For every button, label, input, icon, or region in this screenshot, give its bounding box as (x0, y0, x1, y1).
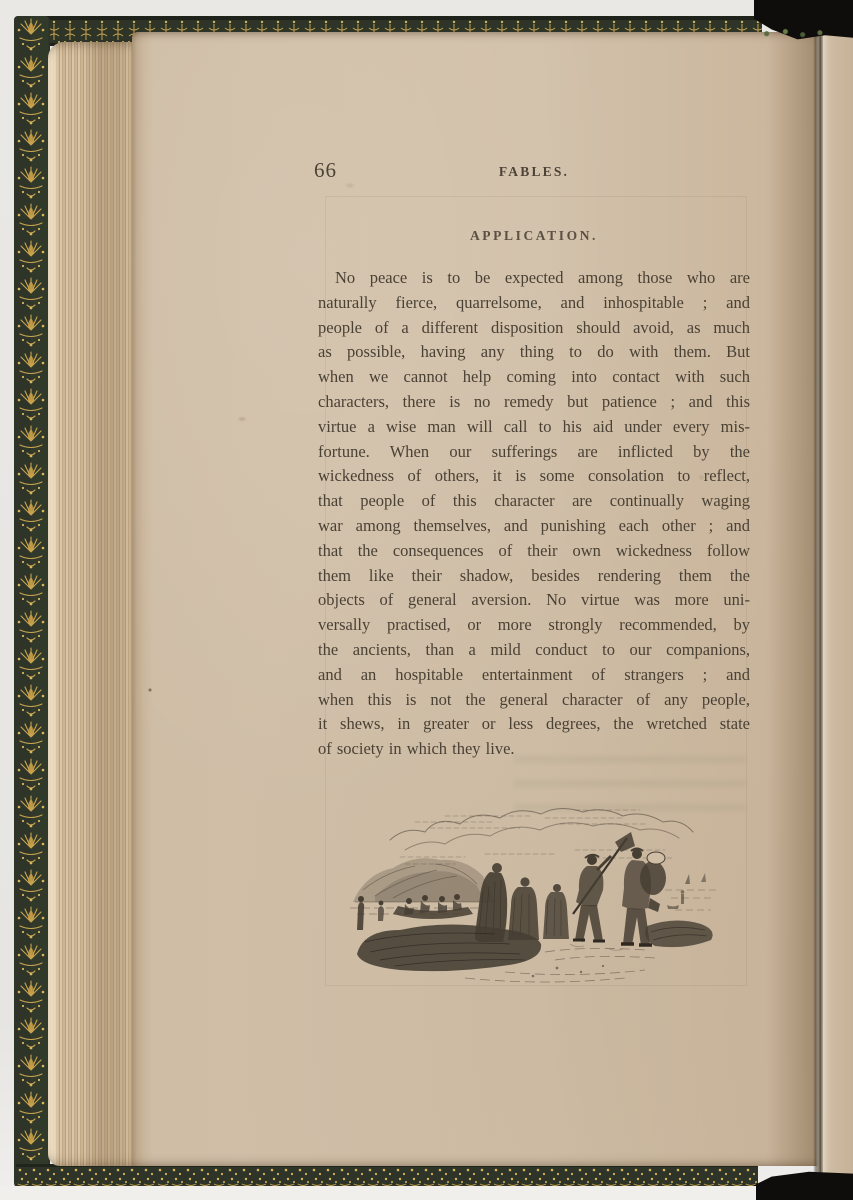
paragraph-line: people of a different disposition should… (318, 316, 750, 341)
paragraph-line: as possible, having any thing to do with… (318, 340, 750, 365)
paragraph-line: virtue a wise man will call to his aid u… (318, 415, 750, 440)
book-page: 66 FABLES. APPLICATION. No peace is to b… (132, 32, 820, 1166)
leather-spine-band (14, 16, 50, 1188)
paragraph-line: characters, there is no remedy but patie… (318, 390, 750, 415)
gutter-shadow (768, 32, 816, 1166)
page-edges (48, 42, 136, 1166)
running-title: FABLES. (318, 164, 750, 180)
paragraph-line: and an hospitable entertainment of stran… (318, 663, 750, 688)
cover-corner-specks (758, 26, 830, 40)
paragraph-line: war among themselves, and punishing each… (318, 514, 750, 539)
facing-page-sliver (822, 28, 853, 1200)
paragraph-line: it shews, in greater or less degrees, th… (318, 712, 750, 737)
foxing-spot (237, 416, 247, 422)
section-heading: APPLICATION. (318, 228, 750, 244)
paragraph-line: No peace is to be expected among those w… (318, 266, 750, 291)
book-scan: 66 FABLES. APPLICATION. No peace is to b… (0, 0, 853, 1200)
foxing-spot (148, 688, 152, 692)
paragraph-line: naturally fierce, quarrelsome, and inhos… (318, 291, 750, 316)
paragraph-line: the ancients, than a mild conduct to our… (318, 638, 750, 663)
paragraph-line: fortune. When our sufferings are inflict… (318, 440, 750, 465)
leather-band-bottom (16, 1164, 758, 1188)
paragraph-line: that people of this character are contin… (318, 489, 750, 514)
paragraph-line: them like their shadow, besides renderin… (318, 564, 750, 589)
engraving-illustration (345, 802, 725, 990)
paragraph-line: wickedness of others, it is some consola… (318, 464, 750, 489)
book-gutter (813, 28, 823, 1200)
paragraph-line: when we cannot help coming into contact … (318, 365, 750, 390)
page-header: 66 FABLES. (318, 158, 750, 186)
backdrop-bottom-right (743, 1170, 853, 1200)
paragraph-line: versally practised, or more strongly rec… (318, 613, 750, 638)
paragraph-line: when this is not the general character o… (318, 688, 750, 713)
scan-bed-strip (0, 1186, 756, 1200)
foxing-spot (344, 182, 356, 189)
body-paragraph: No peace is to be expected among those w… (318, 266, 750, 762)
foxing-spot (698, 474, 705, 481)
paragraph-line: objects of general aversion. No virtue w… (318, 588, 750, 613)
paragraph-line: that the consequences of their own wicke… (318, 539, 750, 564)
